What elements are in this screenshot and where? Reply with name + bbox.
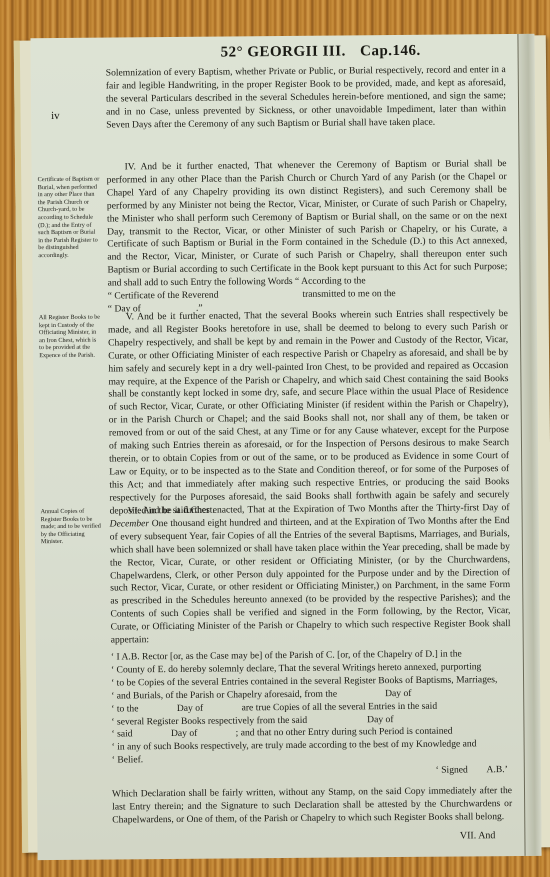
section-iv: IV. And be it further enacted, That when… (107, 158, 508, 316)
section-vi-text: VI. And be it further enacted, That at t… (110, 502, 511, 647)
catchword: VII. And (460, 830, 496, 841)
closing-paragraph: Which Declaration shall be fairly writte… (112, 785, 512, 827)
declaration-form: ‘ I A.B. Rector [or, as the Case may be]… (111, 648, 512, 781)
running-head: 52° GEORGII III. Cap.146. (220, 43, 420, 62)
page-number: iv (51, 110, 60, 122)
regnal-year: 52° GEORGII III. (220, 43, 345, 60)
section-iv-text: IV. And be it further enacted, That when… (107, 158, 508, 291)
signature-line: ‘ Signed A.B.’ (112, 764, 512, 780)
continuation-paragraph: Solemnization of every Baptism, whether … (106, 64, 507, 132)
italic-month: December (110, 518, 150, 529)
section-v: V. And be it further enacted, That the s… (108, 308, 510, 518)
marginal-note-section-v: All Register Books to be kept in Custody… (39, 314, 101, 360)
marginal-note-section-vi: Annual Copies of Register Books to be ma… (41, 508, 103, 547)
book-page: iv 52° GEORGII III. Cap.146. Solemnizati… (30, 34, 541, 860)
section-v-text: V. And be it further enacted, That the s… (108, 308, 510, 518)
section-vi: VI. And be it further enacted, That at t… (110, 502, 513, 827)
chapter-number: Cap.146. (360, 43, 421, 60)
marginal-note-section-iv: Certificate of Baptism or Burial, when p… (38, 176, 101, 260)
continuation-text: Solemnization of every Baptism, whether … (106, 64, 507, 132)
